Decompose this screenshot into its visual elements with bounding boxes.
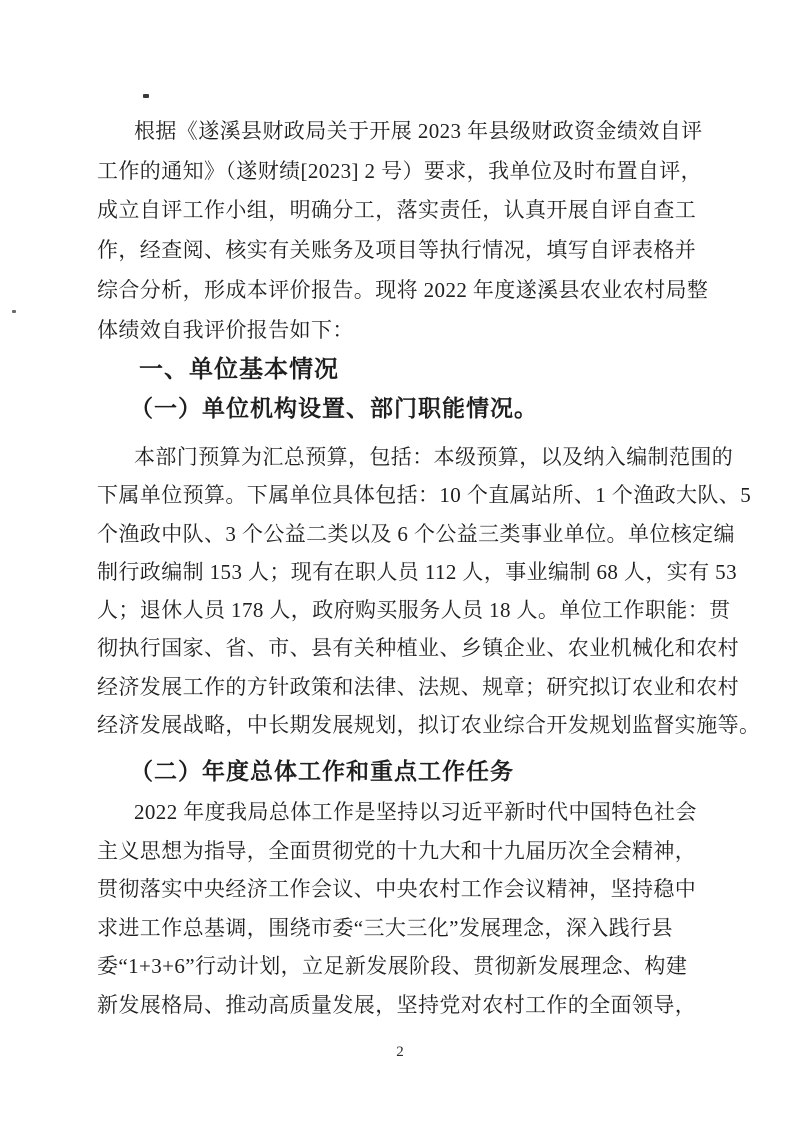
text-line: 彻执行国家、省、市、县有关种植业、乡镇企业、农业机械化和农村 [97, 629, 713, 667]
text-line: 体绩效自我评价报告如下： [97, 311, 713, 351]
text-line: 委“1+3+6”行动计划，立足新发展阶段、贯彻新发展理念、构建 [97, 947, 713, 986]
subsection-heading-org-setup: （一）单位机构设置、部门职能情况。 [97, 390, 538, 427]
text-line: 制行政编制 153 人；现有在职人员 112 人，事业编制 68 人，实有 53 [97, 553, 713, 591]
text-line: 本部门预算为汇总预算，包括：本级预算，以及纳入编制范围的 [97, 438, 713, 476]
text-line: 工作的通知》（遂财绩[2023] 2 号）要求，我单位及时布置自评， [97, 152, 713, 192]
text-line: 经济发展工作的方针政策和法律、法规、规章；研究拟订农业和农村 [97, 668, 713, 706]
subsection-heading-annual-work: （二）年度总体工作和重点工作任务 [97, 753, 514, 790]
text-line: 成立自评工作小组，明确分工，落实责任，认真开展自评自查工 [97, 191, 713, 231]
document-page: 根据《遂溪县财政局关于开展 2023 年县级财政资金绩效自评工作的通知》（遂财绩… [0, 0, 800, 1130]
text-line: 求进工作总基调，围绕市委“三大三化”发展理念，深入践行县 [97, 909, 713, 948]
text-line: 综合分析，形成本评价报告。现将 2022 年度遂溪县农业农村局整 [97, 271, 713, 311]
section-heading-unit-basic-info: 一、单位基本情况 [97, 351, 339, 388]
scan-artifact-speck [143, 94, 149, 98]
text-line: 2022 年度我局总体工作是坚持以习近平新时代中国特色社会 [97, 793, 713, 832]
page-number: 2 [0, 1044, 800, 1061]
paragraph-annual-work: 2022 年度我局总体工作是坚持以习近平新时代中国特色社会主义思想为指导，全面贯… [97, 793, 713, 1025]
paragraph-intro: 根据《遂溪县财政局关于开展 2023 年县级财政资金绩效自评工作的通知》（遂财绩… [97, 112, 713, 350]
text-line: 下属单位预算。下属单位具体包括：10 个直属站所、1 个渔政大队、5 [97, 476, 713, 514]
scan-artifact-speck [12, 310, 16, 313]
text-line: 主义思想为指导，全面贯彻党的十九大和十九届历次全会精神， [97, 832, 713, 871]
text-line: 贯彻落实中央经济工作会议、中央农村工作会议精神，坚持稳中 [97, 870, 713, 909]
text-line: 经济发展战略，中长期发展规划，拟订农业综合开发规划监督实施等。 [97, 706, 713, 744]
text-line: 个渔政中队、3 个公益二类以及 6 个公益三类事业单位。单位核定编 [97, 515, 713, 553]
paragraph-org-setup: 本部门预算为汇总预算，包括：本级预算，以及纳入编制范围的下属单位预算。下属单位具… [97, 438, 713, 744]
text-line: 新发展格局、推动高质量发展，坚持党对农村工作的全面领导， [97, 986, 713, 1025]
text-line: 根据《遂溪县财政局关于开展 2023 年县级财政资金绩效自评 [97, 112, 713, 152]
text-line: 人；退休人员 178 人，政府购买服务人员 18 人。单位工作职能：贯 [97, 591, 713, 629]
text-line: 作，经查阅、核实有关账务及项目等执行情况，填写自评表格并 [97, 231, 713, 271]
